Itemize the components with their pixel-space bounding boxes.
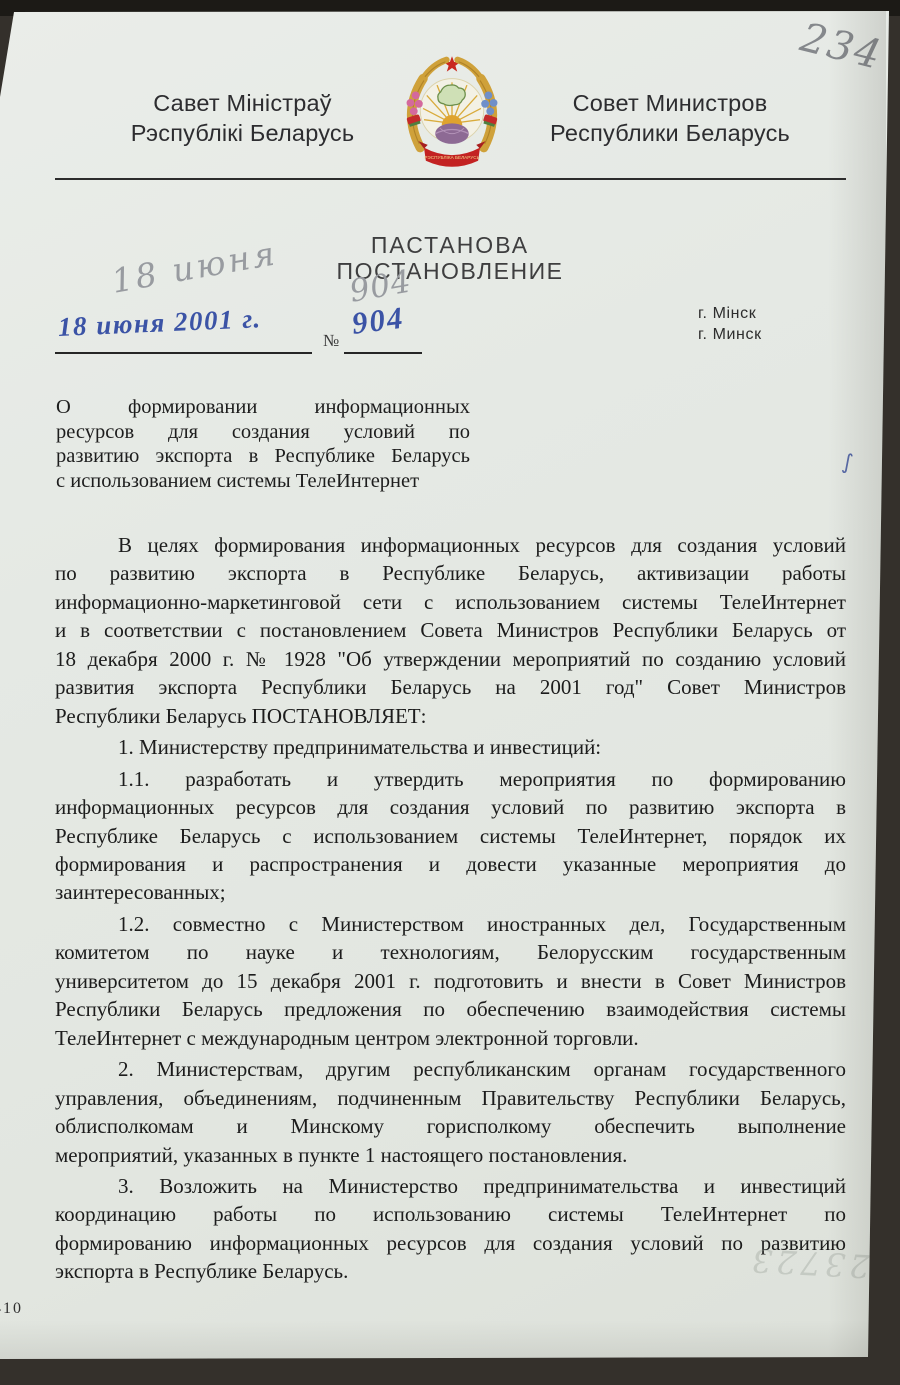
body-line: ТелеИнтернет с международным центром эле… xyxy=(55,1024,846,1052)
doc-type-title-belarusian: ПАСТАНОВА xyxy=(250,233,650,258)
paper-edge-shadow xyxy=(0,1320,900,1360)
body-line: экспорта в Республике Беларусь. xyxy=(55,1257,846,1285)
emblem-ribbon-text: РЭСПУБЛІКА БЕЛАРУСЬ xyxy=(424,155,479,160)
body-line: 1. Министерству предпринимательства и ин… xyxy=(55,733,846,761)
org-name-belarusian: Савет Міністраў Рэспублікі Беларусь xyxy=(80,88,405,148)
date-underline xyxy=(55,352,312,354)
body-line: формированию информационных ресурсов для… xyxy=(55,1229,846,1257)
number-underline xyxy=(344,352,422,354)
subject-block: О формировании информационных ресурсов д… xyxy=(56,395,470,493)
pencil-date-note: 18 июня xyxy=(109,233,281,300)
body-line: 3. Возложить на Министерство предпринима… xyxy=(55,1172,846,1200)
number-handwritten: 904 xyxy=(350,300,406,342)
org-name-russian: Совет Министров Республики Беларусь xyxy=(510,88,830,148)
body-line: формирования и распространения и довести… xyxy=(55,850,846,878)
body-line: Республики Беларусь предложения по обесп… xyxy=(55,995,846,1023)
body-line: по развитию экспорта в Республике Белару… xyxy=(55,559,846,587)
coat-of-arms-icon: РЭСПУБЛІКА БЕЛАРУСЬ xyxy=(396,54,508,176)
place-belarusian: г. Мінск xyxy=(698,303,762,324)
body-line: 1.1. разработать и утвердить мероприятия… xyxy=(55,765,846,793)
body-line: 2. Министерствам, другим республиканским… xyxy=(55,1055,846,1083)
paragraph-item-2: 2. Министерствам, другим республиканским… xyxy=(55,1055,846,1169)
body-line: заинтересованных; xyxy=(55,878,846,906)
body-line: Республике Беларусь с использованием сис… xyxy=(55,822,846,850)
body-line: университетом до 15 декабря 2001 г. подг… xyxy=(55,967,846,995)
doc-type-title-russian: ПОСТАНОВЛЕНИЕ xyxy=(250,259,650,284)
paragraph-item-1-1: 1.1. разработать и утвердить мероприятия… xyxy=(55,765,846,907)
subject-line: с использованием системы ТелеИнтернет xyxy=(56,469,470,494)
org-name-russian-line2: Республики Беларусь xyxy=(510,118,830,148)
org-name-belarusian-line2: Рэспублікі Беларусь xyxy=(80,118,405,148)
doc-type-title: ПАСТАНОВА ПОСТАНОВЛЕНИЕ xyxy=(250,233,650,284)
body-line: и в соответствии с постановлением Совета… xyxy=(55,616,846,644)
body-line: 18 декабря 2000 г. № 1928 "Об утверждени… xyxy=(55,645,846,673)
body-line: облисполкомам и Минскому горисполкому об… xyxy=(55,1112,846,1140)
paragraph-item-3: 3. Возложить на Министерство предпринима… xyxy=(55,1172,846,1286)
place-russian: г. Минск xyxy=(698,324,762,345)
body-line: координацию работы по использованию сист… xyxy=(55,1200,846,1228)
subject-line: развитию экспорта в Республике Беларусь xyxy=(56,444,470,469)
org-name-belarusian-line1: Савет Міністраў xyxy=(80,88,405,118)
body-line: 1.2. совместно с Министерством иностранн… xyxy=(55,910,846,938)
body-line: комитетом по науке и технологиям, Белору… xyxy=(55,938,846,966)
place-block: г. Мінск г. Минск xyxy=(698,303,762,345)
bleed-through-number: 23723 xyxy=(747,1241,871,1285)
body-line: В целях формирования информационных ресу… xyxy=(55,531,846,559)
body-line: мероприятий, указанных в пункте 1 настоя… xyxy=(55,1141,846,1169)
stray-ink-mark: ∫ xyxy=(840,449,854,474)
subject-line: О формировании информационных xyxy=(56,395,470,420)
subject-line: ресурсов для создания условий по xyxy=(56,420,470,445)
letterhead-rule xyxy=(55,178,846,180)
number-sign: № xyxy=(323,331,339,351)
body-text: В целях формирования информационных ресу… xyxy=(55,531,846,1289)
date-handwritten: 18 июня 2001 г. xyxy=(57,303,262,343)
body-line: Республики Беларусь ПОСТАНОВЛЯЕТ: xyxy=(55,702,846,730)
body-line: информационных ресурсов для создания усл… xyxy=(55,793,846,821)
archival-page-number: 234 xyxy=(796,15,900,84)
body-line: информационно-маркетинговой сети с испол… xyxy=(55,588,846,616)
body-line: управления, объединениям, подчиненным Пр… xyxy=(55,1084,846,1112)
paragraph-item-1-2: 1.2. совместно с Министерством иностранн… xyxy=(55,910,846,1052)
document-paper: 234 Савет Міністраў Рэспублікі Беларусь xyxy=(0,0,900,1385)
paragraph-preamble: В целях формирования информационных ресу… xyxy=(55,531,846,730)
sheet-number: 410 xyxy=(0,1300,23,1318)
body-line: развития экспорта Республики Беларусь на… xyxy=(55,673,846,701)
org-name-russian-line1: Совет Министров xyxy=(510,88,830,118)
paragraph-item-1: 1. Министерству предпринимательства и ин… xyxy=(55,733,846,761)
